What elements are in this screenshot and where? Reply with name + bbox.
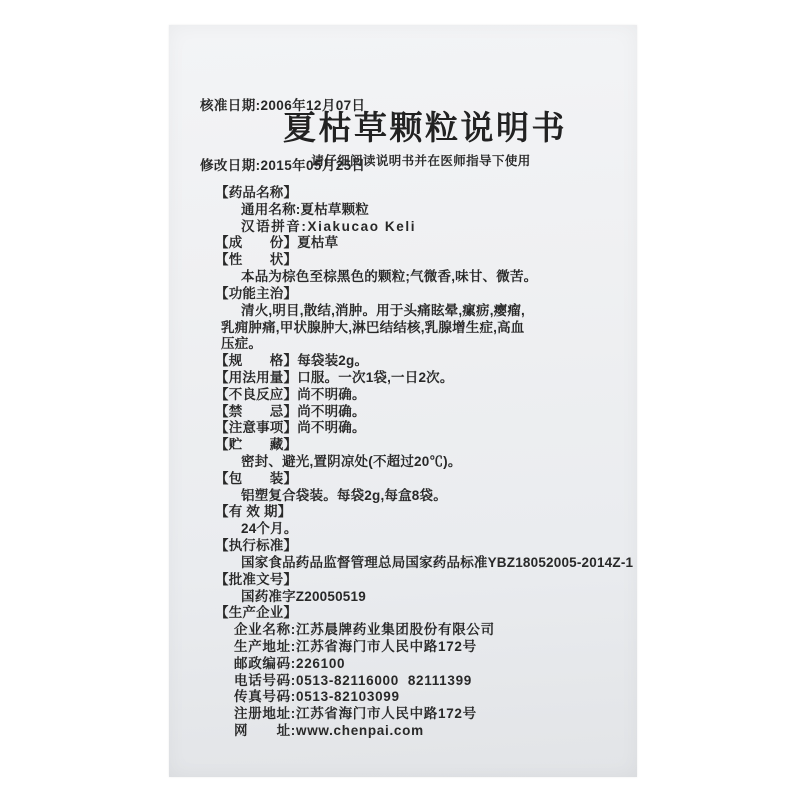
doc-line: 【有 效 期】 (215, 504, 625, 521)
doc-line: 电话号码:0513-82116000 82111399 (234, 673, 625, 690)
doc-line: 【用法用量】口服。一次1袋,一日2次。 (215, 370, 625, 387)
doc-line: 密封、避光,置阴凉处(不超过20℃)。 (241, 454, 625, 471)
leaflet-subtitle: 请仔细阅读说明书并在医师指导下使用 (187, 151, 655, 169)
doc-line: 【生产企业】 (215, 605, 625, 622)
doc-line: 网 址:www.chenpai.com (234, 723, 625, 740)
doc-line: 乳痈肿痛,甲状腺肿大,淋巴结结核,乳腺增生症,高血 (221, 320, 625, 337)
doc-line: 通用名称:夏枯草颗粒 (241, 202, 625, 219)
page-title: 夏枯草颗粒说明书 (191, 102, 659, 149)
doc-line: 【包 装】 (215, 471, 625, 488)
doc-line: 【成 份】夏枯草 (215, 235, 625, 252)
doc-line: 【药品名称】 (215, 185, 625, 202)
doc-line: 邮政编码:226100 (234, 656, 625, 673)
doc-line: 注册地址:江苏省海门市人民中路172号 (234, 706, 625, 723)
doc-line: 【注意事项】尚不明确。 (215, 420, 625, 437)
doc-line: 24个月。 (241, 521, 625, 538)
doc-line: 【贮 藏】 (215, 437, 625, 454)
doc-line: 国药准字Z20050519 (241, 589, 625, 606)
doc-line: 企业名称:江苏晨牌药业集团股份有限公司 (234, 622, 625, 639)
photo-background: 核准日期:2006年12月07日 修改日期:2015年05月25日 夏枯草颗粒说… (0, 0, 800, 800)
doc-line: 【不良反应】尚不明确。 (215, 387, 625, 404)
doc-line: 【批准文号】 (215, 572, 625, 589)
doc-line: 【规 格】每袋装2g。 (215, 353, 625, 370)
doc-line: 生产地址:江苏省海门市人民中路172号 (234, 639, 625, 656)
doc-line: 【性 状】 (215, 252, 625, 269)
leaflet-paper: 核准日期:2006年12月07日 修改日期:2015年05月25日 夏枯草颗粒说… (169, 25, 637, 777)
leaflet-body: 【药品名称】通用名称:夏枯草颗粒汉语拼音:Xiakucao Keli【成 份】夏… (215, 185, 625, 740)
doc-line: 清火,明目,散结,消肿。用于头痛眩晕,瘰疬,瘿瘤, (241, 303, 625, 320)
doc-line: 【功能主治】 (215, 286, 625, 303)
doc-line: 【执行标准】 (215, 538, 625, 555)
doc-line: 本品为棕色至棕黑色的颗粒;气微香,味甘、微苦。 (241, 269, 625, 286)
doc-line: 传真号码:0513-82103099 (234, 689, 625, 706)
doc-line: 压症。 (221, 336, 625, 353)
doc-line: 【禁 忌】尚不明确。 (215, 404, 625, 421)
doc-line: 铝塑复合袋装。每袋2g,每盒8袋。 (241, 488, 625, 505)
doc-line: 汉语拼音:Xiakucao Keli (241, 219, 625, 236)
doc-line: 国家食品药品监督管理总局国家药品标准YBZ18052005-2014Z-1 (241, 555, 625, 572)
